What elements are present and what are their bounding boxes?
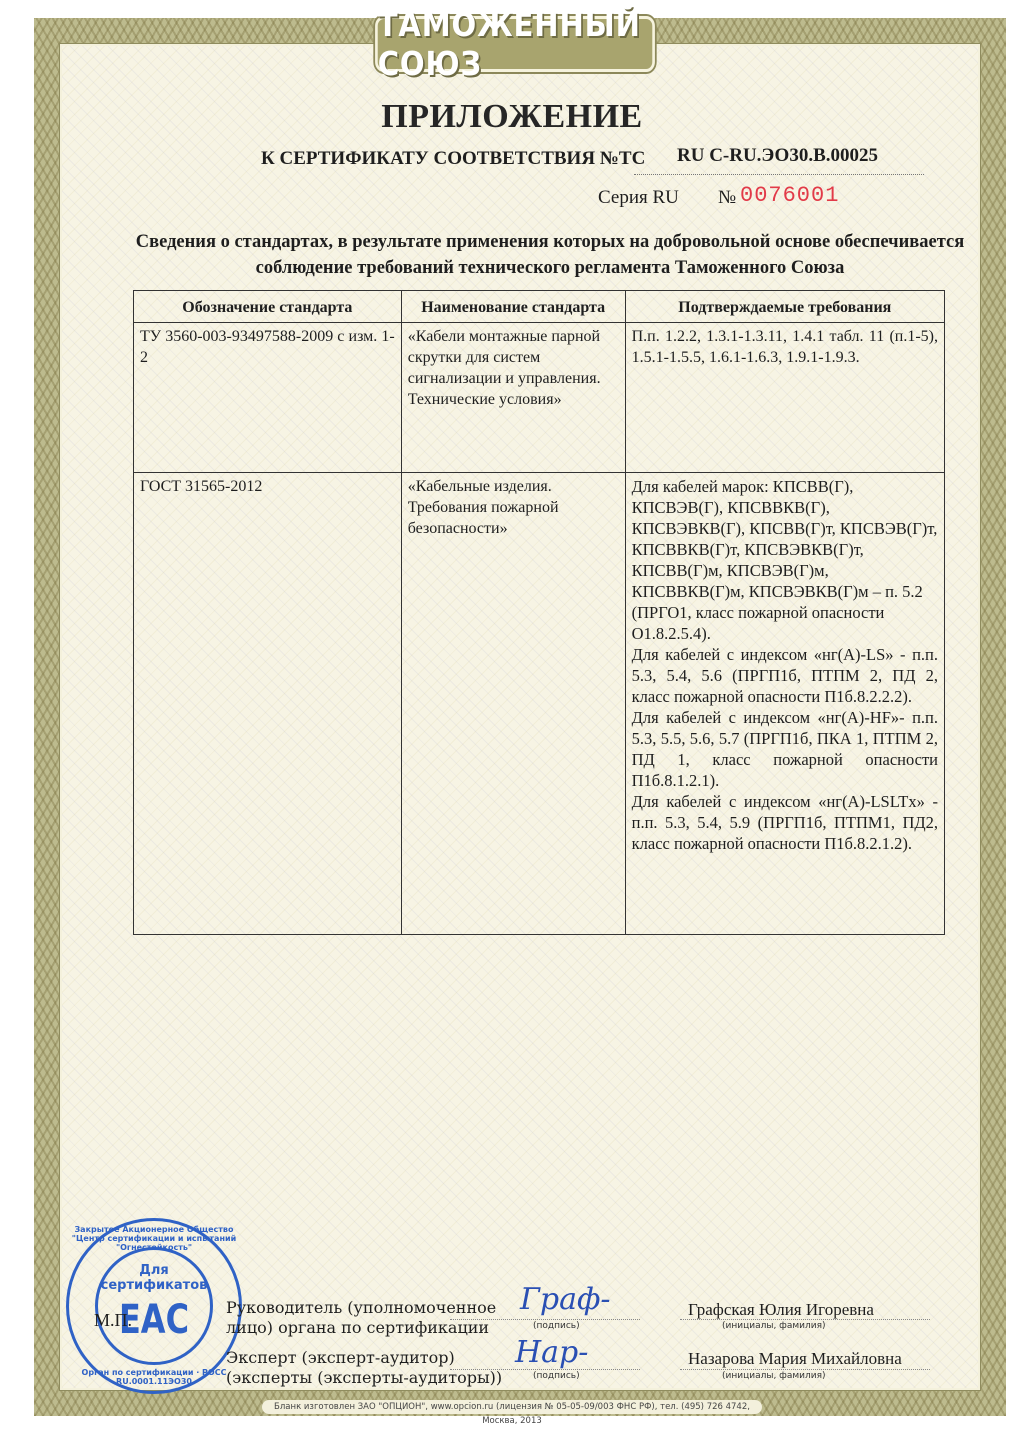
head-name-caption: (инициалы, фамилия) bbox=[722, 1321, 826, 1331]
certificate-label-text: К СЕРТИФИКАТУ СООТВЕТСТВИЯ bbox=[261, 148, 595, 169]
intro-text: Сведения о стандартах, в результате прим… bbox=[130, 229, 970, 281]
header-requirements: Подтверждаемые требования bbox=[625, 291, 944, 323]
head-sign-caption: (подпись) bbox=[533, 1321, 580, 1331]
requirement-paragraph: П.п. 1.2.2, 1.3.1-1.3.11, 1.4.1 табл. 11… bbox=[632, 326, 938, 368]
seal-place-label: М.П. bbox=[94, 1310, 132, 1331]
header-name: Наименование стандарта bbox=[401, 291, 625, 323]
table-row: ГОСТ 31565-2012 «Кабельные изделия. Треб… bbox=[134, 473, 945, 935]
cell-name: «Кабельные изделия. Требования пожарной … bbox=[401, 473, 625, 935]
table-header-row: Обозначение стандарта Наименование станд… bbox=[134, 291, 945, 323]
head-label-line2: лицо) органа по сертификации bbox=[226, 1318, 496, 1338]
series-label: Серия RU bbox=[598, 187, 679, 209]
requirement-paragraph: Для кабелей с индексом «нг(А)-LS» - п.п.… bbox=[632, 644, 938, 707]
expert-label-line1: Эксперт (эксперт-аудитор) bbox=[226, 1348, 502, 1368]
stamp-center-line1: Для bbox=[69, 1263, 239, 1278]
series-value: RU bbox=[653, 187, 679, 208]
certificate-number-underline bbox=[634, 174, 924, 175]
form-number-sign: № bbox=[718, 187, 736, 209]
expert-name-line bbox=[680, 1369, 930, 1370]
certification-stamp: Закрытое Акционерное Общество "Центр сер… bbox=[66, 1218, 242, 1394]
cell-requirements: Для кабелей марок: КПСВВ(Г), КПСВЭВ(Г), … bbox=[625, 473, 944, 935]
requirement-paragraph: Для кабелей с индексом «нг(А)-HF»- п.п. … bbox=[632, 707, 938, 791]
head-signature-line bbox=[450, 1319, 640, 1320]
expert-label-line2: (эксперты (эксперты-аудиторы)) bbox=[226, 1368, 502, 1388]
expert-name: Назарова Мария Михайловна bbox=[688, 1349, 902, 1369]
stamp-center-line2: сертификатов bbox=[69, 1278, 239, 1293]
cell-name: «Кабели монтажные парной скрутки для сис… bbox=[401, 323, 625, 473]
form-printer-footer: Бланк изготовлен ЗАО "ОПЦИОН", www.opcio… bbox=[262, 1400, 762, 1414]
page-title: ПРИЛОЖЕНИЕ bbox=[0, 98, 1024, 136]
requirement-paragraph: Для кабелей марок: КПСВВ(Г), КПСВЭВ(Г), … bbox=[632, 476, 938, 644]
series-label-text: Серия bbox=[598, 187, 648, 208]
expert-sign-caption: (подпись) bbox=[533, 1371, 580, 1381]
cell-designation: ТУ 3560-003-93497588-2009 с изм. 1-2 bbox=[134, 323, 402, 473]
expert-signature: Нар- bbox=[515, 1335, 588, 1370]
head-label-line1: Руководитель (уполномоченное bbox=[226, 1298, 496, 1318]
head-signature: Граф- bbox=[520, 1282, 611, 1317]
head-name: Графская Юлия Игоревна bbox=[688, 1300, 874, 1320]
certificate-no-prefix: №ТС bbox=[600, 148, 646, 169]
stamp-center-text: Для сертификатов bbox=[69, 1263, 239, 1293]
cell-designation: ГОСТ 31565-2012 bbox=[134, 473, 402, 935]
cell-requirements: П.п. 1.2.2, 1.3.1-1.3.11, 1.4.1 табл. 11… bbox=[625, 323, 944, 473]
standards-table: Обозначение стандарта Наименование станд… bbox=[133, 290, 945, 935]
header-designation: Обозначение стандарта bbox=[134, 291, 402, 323]
customs-union-banner: ТАМОЖЕННЫЙ СОЮЗ bbox=[375, 16, 655, 72]
table-row: ТУ 3560-003-93497588-2009 с изм. 1-2 «Ка… bbox=[134, 323, 945, 473]
stamp-ring-text-bottom: Орган по сертификации · РОСС RU.0001.11Э… bbox=[69, 1368, 239, 1386]
form-number: 0076001 bbox=[740, 183, 839, 208]
head-label: Руководитель (уполномоченное лицо) орган… bbox=[226, 1298, 496, 1338]
expert-name-caption: (инициалы, фамилия) bbox=[722, 1371, 826, 1381]
expert-label: Эксперт (эксперт-аудитор) (эксперты (экс… bbox=[226, 1348, 502, 1388]
certificate-number: RU C-RU.ЭО30.В.00025 bbox=[677, 145, 878, 167]
certificate-label: К СЕРТИФИКАТУ СООТВЕТСТВИЯ №ТС bbox=[261, 148, 645, 170]
requirement-paragraph: Для кабелей с индексом «нг(А)-LSLTx» - п… bbox=[632, 791, 938, 854]
